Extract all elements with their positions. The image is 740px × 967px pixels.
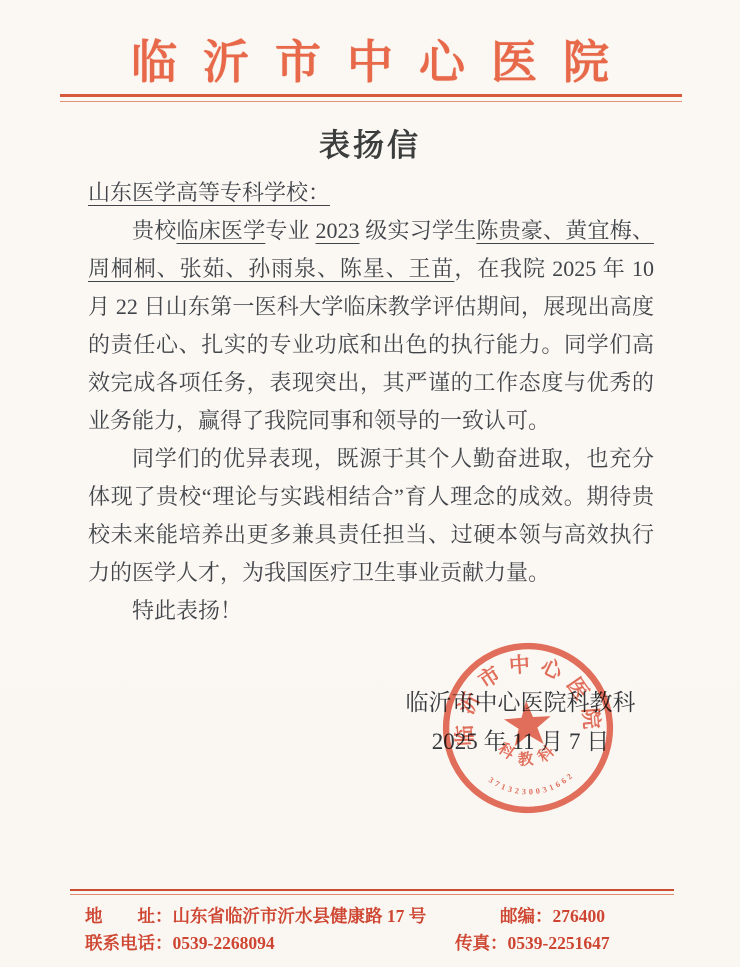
p1-mid2: 级实习学生 xyxy=(360,218,477,243)
footer-contact-info: 地 址：山东省临沂市沂水县健康路 17 号 邮编：276400 联系电话：053… xyxy=(85,903,672,957)
footer-phone: 联系电话：0539-2268094 xyxy=(85,930,455,957)
header-divider xyxy=(60,94,682,104)
hospital-name: 临沂市中心医院 xyxy=(0,26,740,92)
letter-page: 临沂市中心医院 表扬信 山东医学高等专科学校： 贵校临床医学专业 2023 级实… xyxy=(0,0,740,967)
p1-year-underlined: 2023 xyxy=(316,218,360,243)
svg-text:3713230031662: 3713230031662 xyxy=(486,769,577,799)
fax-value: 0539-2251647 xyxy=(508,933,610,953)
header-divider-thick-line xyxy=(60,94,682,97)
postcode-value: 276400 xyxy=(553,906,606,926)
footer-address: 地 址：山东省临沂市沂水县健康路 17 号 xyxy=(85,903,455,930)
footer-fax: 传真：0539-2251647 xyxy=(455,930,672,957)
closing-line: 特此表扬！ xyxy=(88,592,654,630)
p1-major-underlined: 临床医学 xyxy=(176,218,265,243)
postcode-label: 邮编： xyxy=(500,906,553,926)
signature-date: 2025 年 11 月 7 日 xyxy=(378,722,663,761)
paragraph-1: 贵校临床医学专业 2023 级实习学生陈贵豪、黄宜梅、周桐桐、张茹、孙雨泉、陈星… xyxy=(88,212,654,440)
letter-body: 山东医学高等专科学校： 贵校临床医学专业 2023 级实习学生陈贵豪、黄宜梅、周… xyxy=(88,174,654,630)
footer-divider xyxy=(70,889,674,895)
address-value: 山东省临沂市沂水县健康路 17 号 xyxy=(173,906,427,926)
phone-label: 联系电话： xyxy=(85,933,173,953)
address-label: 地 址： xyxy=(85,906,173,926)
header-divider-thin-line xyxy=(60,101,682,102)
p1-mid1: 专业 xyxy=(265,218,315,243)
p1-lead: 贵校 xyxy=(132,218,176,243)
fax-label: 传真： xyxy=(455,933,508,953)
footer-divider-thick-line xyxy=(70,889,674,891)
paragraph-2: 同学们的优异表现，既源于其个人勤奋进取，也充分体现了贵校“理论与实践相结合”育人… xyxy=(88,440,654,592)
signature-block: 临沂市中心医院科教科 2025 年 11 月 7 日 xyxy=(378,683,663,761)
signer-name: 临沂市中心医院科教科 xyxy=(378,683,663,722)
seal-serial-number: 3713230031662 xyxy=(486,769,577,799)
phone-value: 0539-2268094 xyxy=(173,933,275,953)
salutation: 山东医学高等专科学校： xyxy=(88,174,654,212)
p1-rest: ，在我院 2025 年 10 月 22 日山东第一医科大学临床教学评估期间，展现… xyxy=(88,256,654,433)
footer-divider-thin-line xyxy=(70,894,674,895)
letter-title: 表扬信 xyxy=(0,120,740,165)
footer-postcode: 邮编：276400 xyxy=(455,903,672,930)
